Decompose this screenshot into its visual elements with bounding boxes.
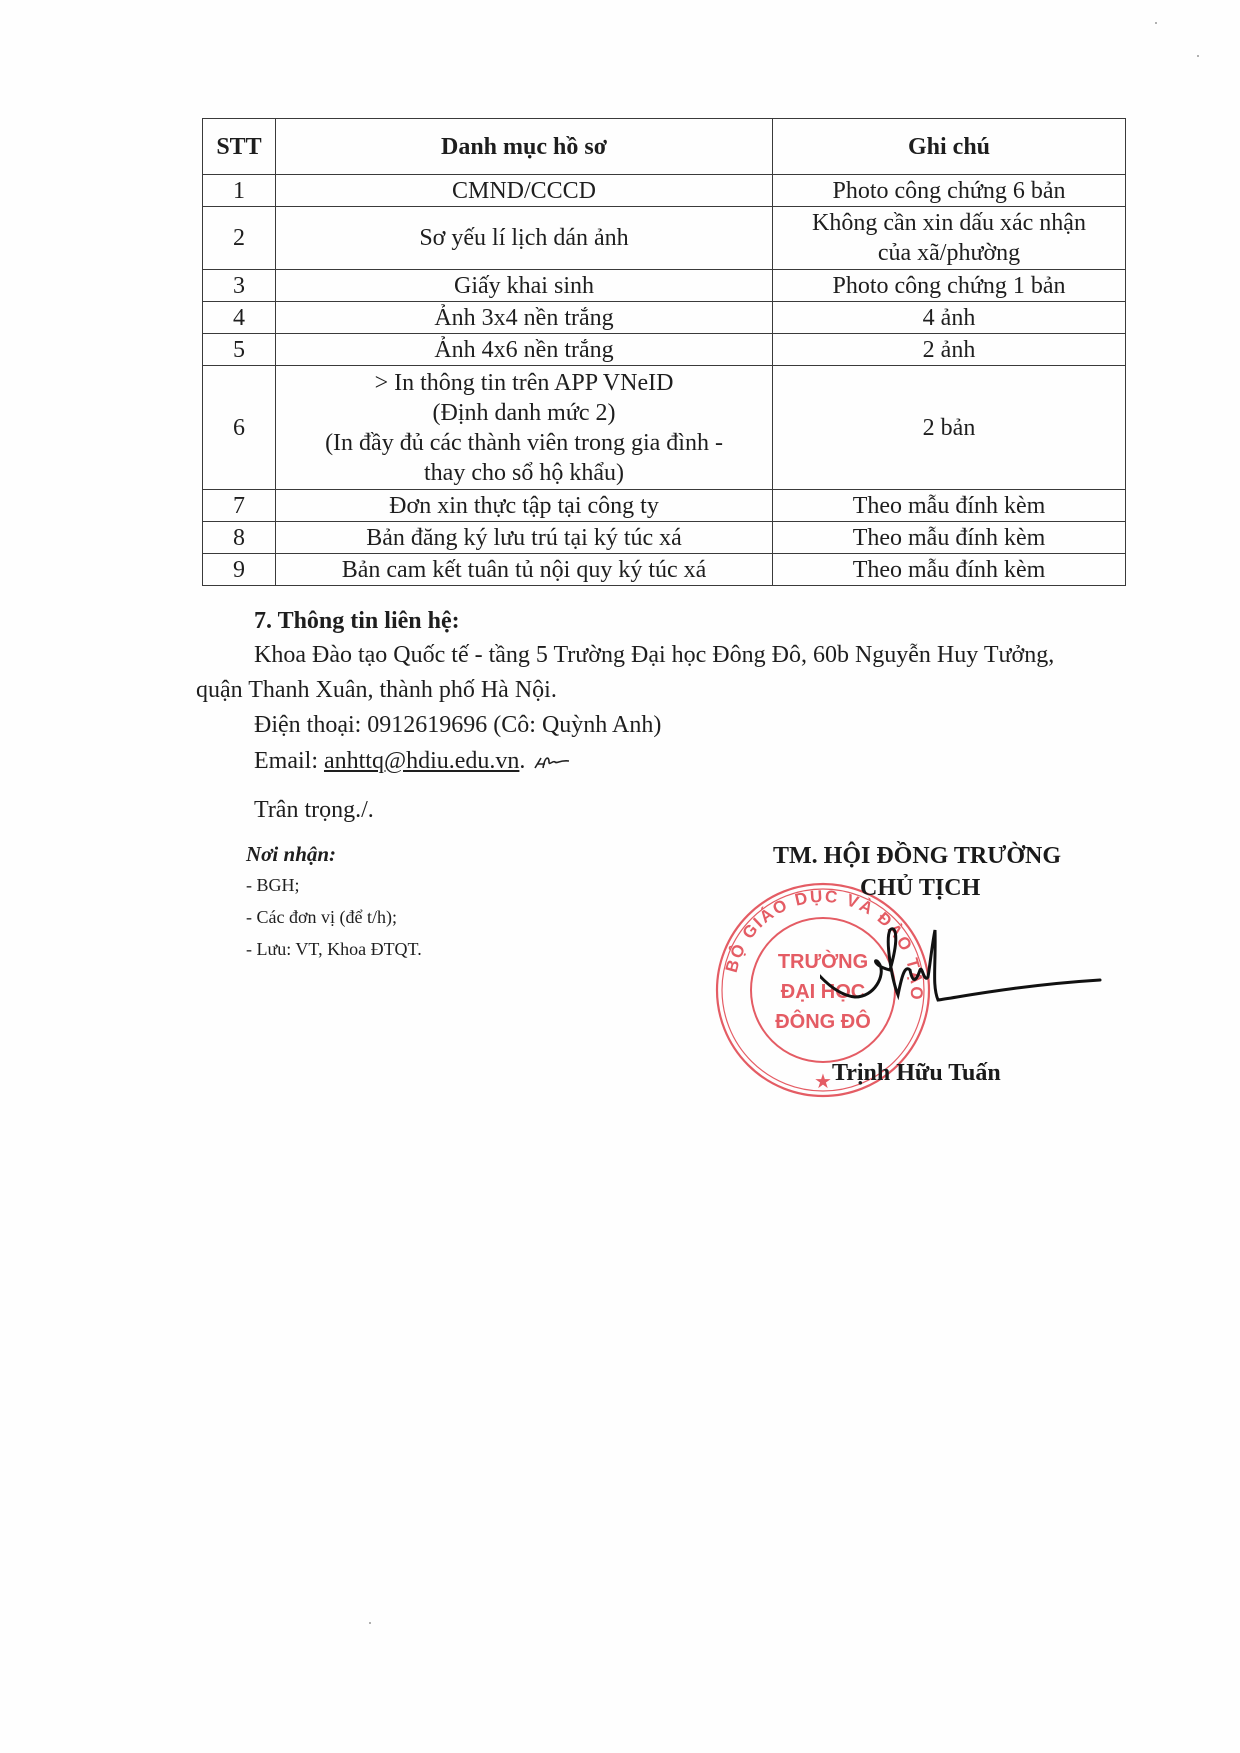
header-note: Ghi chú (773, 119, 1126, 175)
cell-note: Photo công chứng 1 bản (773, 270, 1126, 302)
closing-text: Trân trọng./. (254, 797, 374, 824)
table-row: 8Bản đăng ký lưu trú tại ký túc xáTheo m… (203, 522, 1126, 554)
recipient-item: - Các đơn vị (để t/h); (246, 907, 397, 928)
cell-item-line: Sơ yếu lí lịch dán ảnh (280, 223, 768, 253)
scan-speck (1197, 55, 1199, 57)
cell-note-line: 2 ảnh (777, 335, 1121, 365)
cell-stt: 4 (203, 302, 276, 334)
table-header-row: STT Danh mục hồ sơ Ghi chú (203, 119, 1126, 175)
cell-stt: 1 (203, 175, 276, 207)
header-item: Danh mục hồ sơ (276, 119, 773, 175)
cell-stt: 9 (203, 554, 276, 586)
cell-item-line: (In đầy đủ các thành viên trong gia đình… (280, 428, 768, 458)
cell-item: CMND/CCCD (276, 175, 773, 207)
recipient-item: - Lưu: VT, Khoa ĐTQT. (246, 939, 422, 960)
cell-item-line: Đơn xin thực tập tại công ty (280, 491, 768, 521)
cell-note-line: Photo công chứng 6 bản (777, 176, 1121, 206)
table-row: 7Đơn xin thực tập tại công tyTheo mẫu đí… (203, 490, 1126, 522)
email-suffix: . (519, 748, 525, 774)
documents-table: STT Danh mục hồ sơ Ghi chú 1CMND/CCCDPho… (202, 118, 1126, 586)
email-label: Email: (254, 748, 324, 774)
cell-item: Bản đăng ký lưu trú tại ký túc xá (276, 522, 773, 554)
cell-note: 4 ảnh (773, 302, 1126, 334)
table-row: 6> In thông tin trên APP VNeID(Định danh… (203, 366, 1126, 490)
email-link[interactable]: anhttq@hdiu.edu.vn (324, 748, 519, 774)
cell-note: 2 ảnh (773, 334, 1126, 366)
contact-heading: 7. Thông tin liên hệ: (254, 608, 460, 635)
cell-stt: 2 (203, 207, 276, 270)
signer-name: Trịnh Hữu Tuấn (832, 1060, 1001, 1087)
cell-item-line: Bản cam kết tuân tủ nội quy ký túc xá (280, 555, 768, 585)
cell-note-line: 2 bản (777, 413, 1121, 443)
contact-email-line: Email: anhttq@hdiu.edu.vn. (254, 748, 571, 775)
table-row: 2Sơ yếu lí lịch dán ảnhKhông cần xin dấu… (203, 207, 1126, 270)
cell-item: Ảnh 3x4 nền trắng (276, 302, 773, 334)
cell-note-line: Theo mẫu đính kèm (777, 555, 1121, 585)
cell-note-line: Theo mẫu đính kèm (777, 523, 1121, 553)
signature-position: CHỦ TỊCH (860, 875, 980, 902)
document-page: STT Danh mục hồ sơ Ghi chú 1CMND/CCCDPho… (0, 0, 1240, 1753)
cell-item: Giấy khai sinh (276, 270, 773, 302)
cell-note-line: 4 ảnh (777, 303, 1121, 333)
cell-item-line: > In thông tin trên APP VNeID (280, 368, 768, 398)
table-row: 4Ảnh 3x4 nền trắng4 ảnh (203, 302, 1126, 334)
cell-item-line: Ảnh 4x6 nền trắng (280, 335, 768, 365)
contact-address-line1: Khoa Đào tạo Quốc tế - tầng 5 Trường Đại… (254, 642, 1054, 669)
handwritten-signature (820, 925, 1120, 1035)
table-row: 9Bản cam kết tuân tủ nội quy ký túc xáTh… (203, 554, 1126, 586)
contact-address-line2: quận Thanh Xuân, thành phố Hà Nội. (196, 677, 557, 704)
cell-note-line: Theo mẫu đính kèm (777, 491, 1121, 521)
cell-item-line: Ảnh 3x4 nền trắng (280, 303, 768, 333)
cell-note: Photo công chứng 6 bản (773, 175, 1126, 207)
table-row: 3Giấy khai sinhPhoto công chứng 1 bản (203, 270, 1126, 302)
cell-item-line: Bản đăng ký lưu trú tại ký túc xá (280, 523, 768, 553)
cell-note-line: của xã/phường (777, 238, 1121, 268)
cell-note: Không cần xin dấu xác nhậncủa xã/phường (773, 207, 1126, 270)
cell-note-line: Photo công chứng 1 bản (777, 271, 1121, 301)
scan-speck (369, 1622, 371, 1624)
table-row: 1CMND/CCCDPhoto công chứng 6 bản (203, 175, 1126, 207)
cell-item: Đơn xin thực tập tại công ty (276, 490, 773, 522)
cell-item: Sơ yếu lí lịch dán ảnh (276, 207, 773, 270)
cell-stt: 7 (203, 490, 276, 522)
cell-item-line: CMND/CCCD (280, 176, 768, 206)
cell-note: Theo mẫu đính kèm (773, 554, 1126, 586)
table-row: 5Ảnh 4x6 nền trắng2 ảnh (203, 334, 1126, 366)
recipient-item: - BGH; (246, 875, 300, 896)
scan-speck (1155, 22, 1157, 24)
cell-item-line: (Định danh mức 2) (280, 398, 768, 428)
cell-item-line: Giấy khai sinh (280, 271, 768, 301)
cell-stt: 3 (203, 270, 276, 302)
cell-item: Bản cam kết tuân tủ nội quy ký túc xá (276, 554, 773, 586)
cell-item: > In thông tin trên APP VNeID(Định danh … (276, 366, 773, 490)
header-stt: STT (203, 119, 276, 175)
contact-phone: Điện thoại: 0912619696 (Cô: Quỳnh Anh) (254, 712, 661, 739)
cell-stt: 5 (203, 334, 276, 366)
recipients-title: Nơi nhận: (246, 842, 336, 867)
cell-stt: 6 (203, 366, 276, 490)
cell-item-line: thay cho sổ hộ khẩu) (280, 458, 768, 488)
cell-note: Theo mẫu đính kèm (773, 522, 1126, 554)
signature-org-line: TM. HỘI ĐỒNG TRƯỜNG (773, 843, 1061, 870)
initials-mark-icon (533, 752, 571, 772)
svg-text:★: ★ (814, 1071, 832, 1093)
cell-note: Theo mẫu đính kèm (773, 490, 1126, 522)
cell-note: 2 bản (773, 366, 1126, 490)
cell-item: Ảnh 4x6 nền trắng (276, 334, 773, 366)
cell-stt: 8 (203, 522, 276, 554)
cell-note-line: Không cần xin dấu xác nhận (777, 208, 1121, 238)
